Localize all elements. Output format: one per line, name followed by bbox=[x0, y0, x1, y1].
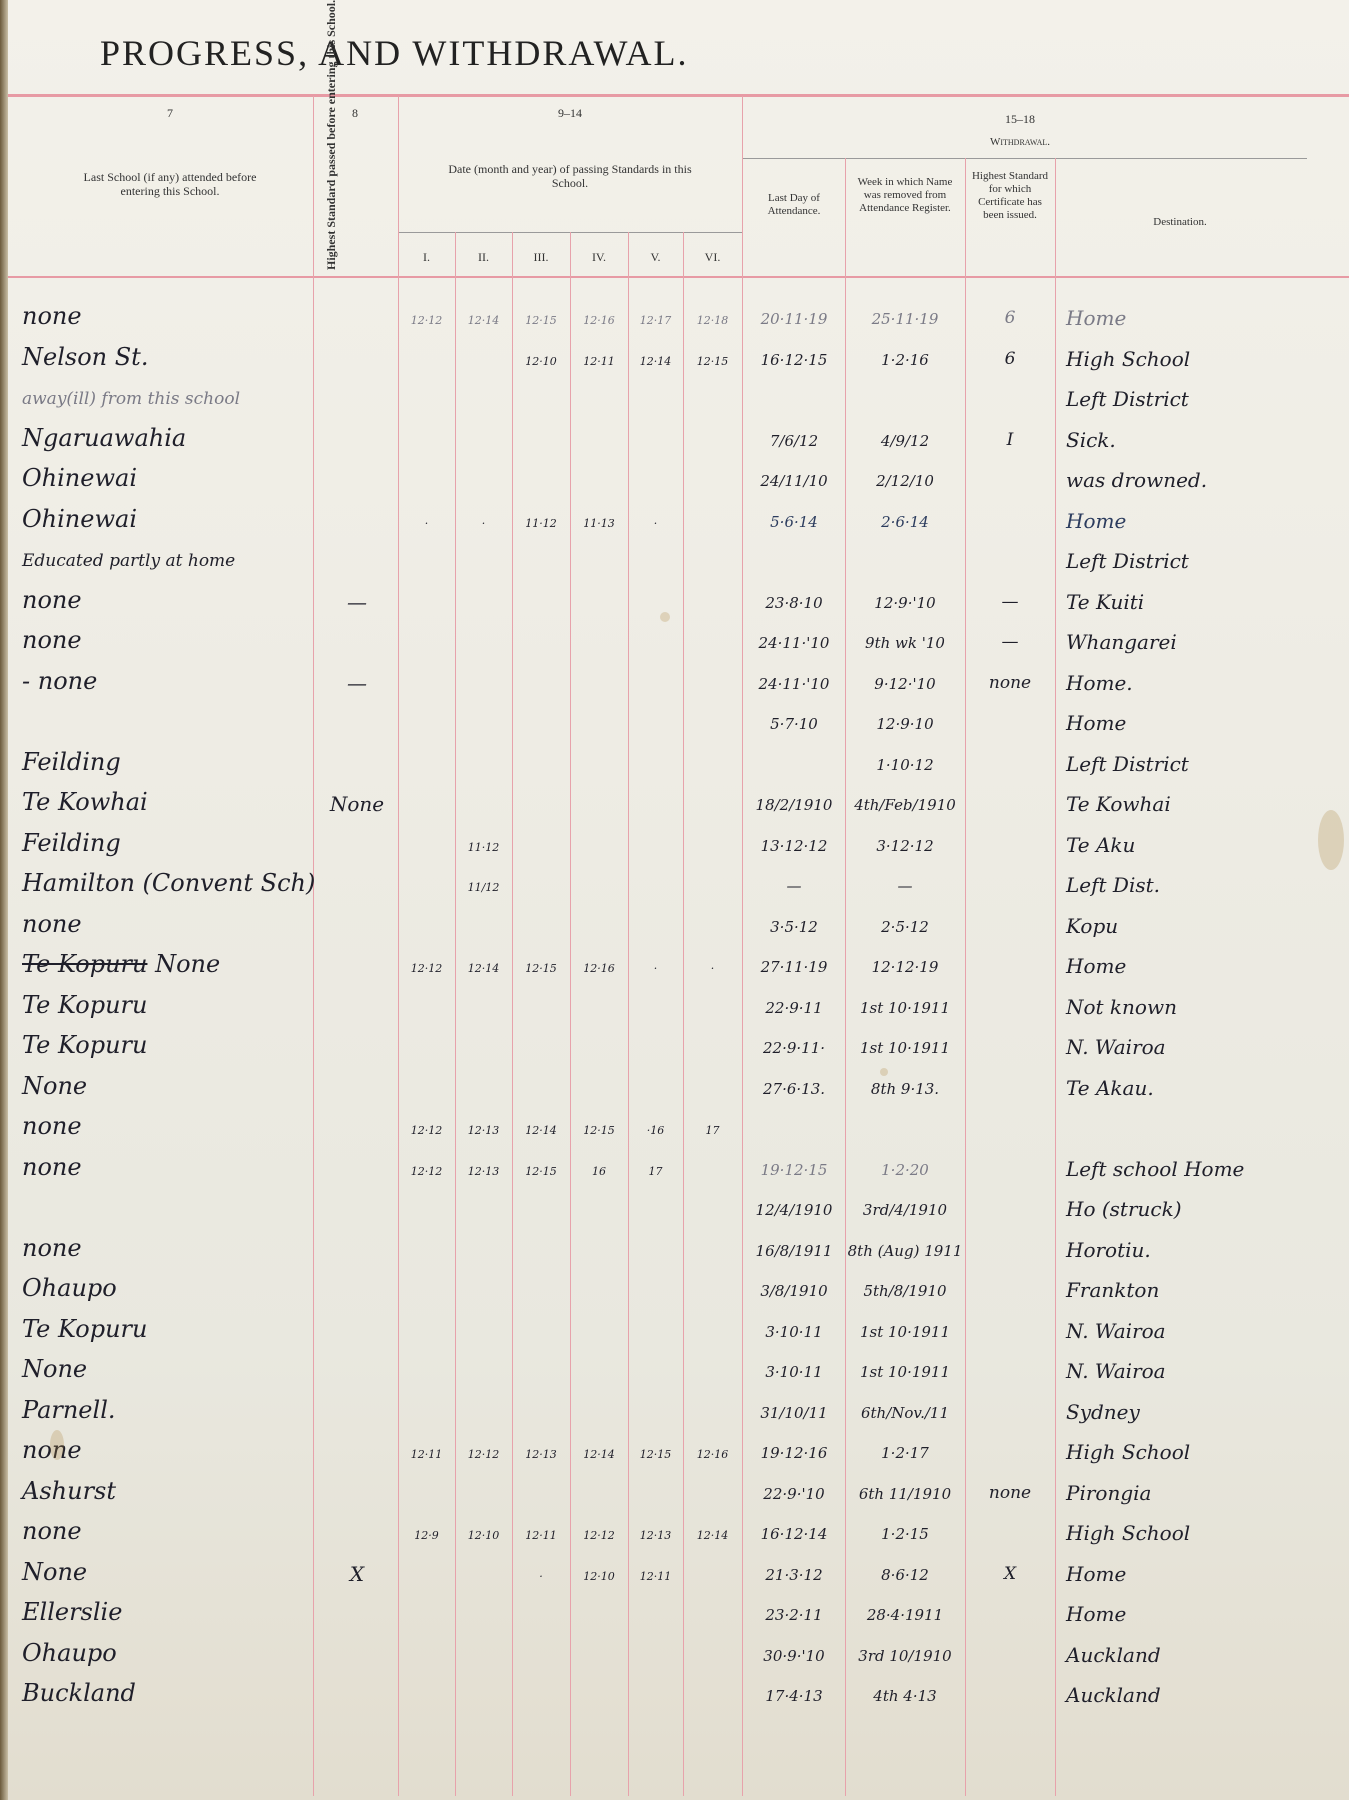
register-row: Ellerslie23·2·1128·4·1911Home bbox=[0, 1596, 1349, 1637]
page-title: PROGRESS, AND WITHDRAWAL. bbox=[100, 32, 689, 74]
week-removed: 1·2·16 bbox=[846, 351, 964, 369]
last-day-of-attendance: 27·11·19 bbox=[744, 958, 844, 976]
destination: High School bbox=[1066, 347, 1190, 371]
register-row: Feilding1·10·12Left District bbox=[0, 746, 1349, 787]
week-removed: 1·10·12 bbox=[846, 756, 964, 774]
highest-certificate: none bbox=[966, 1483, 1054, 1503]
destination: Auckland bbox=[1066, 1643, 1161, 1667]
last-school: away(ill) from this school bbox=[22, 389, 240, 409]
week-removed: — bbox=[846, 877, 964, 895]
register-row: none12·1112·1212·1312·1412·1512·1619·12·… bbox=[0, 1434, 1349, 1475]
destination: Te Akau. bbox=[1066, 1076, 1154, 1100]
last-day-of-attendance: 24/11/10 bbox=[744, 472, 844, 490]
destination-label: Destination. bbox=[1120, 216, 1240, 229]
standard-4-date: 12·16 bbox=[570, 314, 628, 327]
last-day-of-attendance: 19·12·15 bbox=[744, 1161, 844, 1179]
last-school: None bbox=[22, 1072, 87, 1100]
last-school: Nelson St. bbox=[22, 343, 148, 371]
destination: was drowned. bbox=[1066, 468, 1207, 492]
last-day-of-attendance: 16·12·15 bbox=[744, 351, 844, 369]
standard-header-3: III. bbox=[512, 250, 570, 264]
last-school: Te Kopuru bbox=[22, 991, 147, 1019]
standard-4-date: 12·11 bbox=[570, 355, 628, 368]
last-school: none bbox=[22, 626, 82, 654]
standard-5-date: 12·17 bbox=[628, 314, 683, 327]
destination: Home bbox=[1066, 711, 1126, 735]
last-day-of-attendance: 13·12·12 bbox=[744, 837, 844, 855]
last-school: Ohaupo bbox=[22, 1274, 117, 1302]
standard-4-date: 12·15 bbox=[570, 1124, 628, 1137]
last-school: none bbox=[22, 586, 82, 614]
last-day-of-attendance: 16/8/1911 bbox=[744, 1242, 844, 1260]
last-school: Ellerslie bbox=[22, 1598, 122, 1626]
prior-standard: — bbox=[318, 671, 396, 695]
last-day-of-attendance: 7/6/12 bbox=[744, 432, 844, 450]
standard-header-5: V. bbox=[628, 250, 683, 264]
top-rule bbox=[8, 94, 1349, 97]
standard-5-date: · bbox=[628, 962, 683, 975]
last-day-of-attendance: 23·8·10 bbox=[744, 594, 844, 612]
last-school: Ohaupo bbox=[22, 1639, 117, 1667]
week-removed: 1st 10·1911 bbox=[846, 1323, 964, 1341]
register-row: Te Kopuru22·9·11·1st 10·1911N. Wairoa bbox=[0, 1029, 1349, 1070]
week-removed: 3rd 10/1910 bbox=[846, 1647, 964, 1665]
week-removed: 1st 10·1911 bbox=[846, 1039, 964, 1057]
prior-standard: — bbox=[318, 590, 396, 614]
week-removed: 4th 4·13 bbox=[846, 1687, 964, 1705]
week-removed: 1st 10·1911 bbox=[846, 1363, 964, 1381]
destination: Left District bbox=[1066, 549, 1189, 573]
highest-certificate: — bbox=[966, 632, 1054, 652]
highest-certificate: none bbox=[966, 673, 1054, 693]
week-removed: 12·9·10 bbox=[846, 715, 964, 733]
standard-header-1: I. bbox=[398, 250, 455, 264]
last-school: none bbox=[22, 1153, 82, 1181]
last-day-of-attendance: 3·10·11 bbox=[744, 1323, 844, 1341]
highest-certificate: — bbox=[966, 592, 1054, 612]
register-row: Educated partly at homeLeft District bbox=[0, 543, 1349, 584]
standard-header-4: IV. bbox=[570, 250, 628, 264]
last-school: None bbox=[22, 1558, 87, 1586]
week-removed: 1·2·20 bbox=[846, 1161, 964, 1179]
standard-1-date: 12·12 bbox=[398, 314, 455, 327]
standard-1-date: 12·11 bbox=[398, 1448, 455, 1461]
week-removed: 2/12/10 bbox=[846, 472, 964, 490]
register-row: none—23·8·1012·9·'10—Te Kuiti bbox=[0, 584, 1349, 625]
prior-standard: X bbox=[318, 1562, 396, 1586]
school-name-correction: None bbox=[147, 950, 220, 978]
destination: Te Aku bbox=[1066, 833, 1135, 857]
destination: Te Kowhai bbox=[1066, 792, 1171, 816]
prior-standard: None bbox=[318, 792, 396, 816]
last-school: Parnell. bbox=[22, 1396, 116, 1424]
week-removed: 8·6·12 bbox=[846, 1566, 964, 1584]
col8-label: Highest Standard passed before entering … bbox=[325, 130, 338, 270]
register-row: None27·6·13.8th 9·13.Te Akau. bbox=[0, 1070, 1349, 1111]
col7-number: 7 bbox=[120, 106, 220, 120]
destination: Horotiu. bbox=[1066, 1238, 1151, 1262]
last-day-of-attendance: 17·4·13 bbox=[744, 1687, 844, 1705]
register-row: none3·5·122·5·12Kopu bbox=[0, 908, 1349, 949]
week-removed: 4th/Feb/1910 bbox=[846, 796, 964, 814]
standard-1-date: 12·9 bbox=[398, 1529, 455, 1542]
week-removed: 6th/Nov./11 bbox=[846, 1404, 964, 1422]
register-row: Parnell.31/10/116th/Nov./11Sydney bbox=[0, 1394, 1349, 1435]
week-removed-label: Week in which Name was removed from Atte… bbox=[848, 176, 962, 215]
register-row: Ohaupo3/8/19105th/8/1910Frankton bbox=[0, 1272, 1349, 1313]
week-removed: 28·4·1911 bbox=[846, 1606, 964, 1624]
last-day-of-attendance: — bbox=[744, 877, 844, 895]
standard-header-2: II. bbox=[455, 250, 512, 264]
register-row: Te Kopuru22·9·111st 10·1911Not known bbox=[0, 989, 1349, 1030]
standard-1-date: 12·12 bbox=[398, 1165, 455, 1178]
ink-stain bbox=[660, 612, 670, 622]
standard-2-date: 12·14 bbox=[455, 962, 512, 975]
last-school: Hamilton (Convent Sch) bbox=[22, 869, 315, 897]
register-row: none16/8/19118th (Aug) 1911Horotiu. bbox=[0, 1232, 1349, 1273]
week-removed: 2·6·14 bbox=[846, 513, 964, 531]
standard-5-date: 12·14 bbox=[628, 355, 683, 368]
standard-3-date: 12·15 bbox=[512, 962, 570, 975]
week-removed: 1·2·15 bbox=[846, 1525, 964, 1543]
destination: Left school Home bbox=[1066, 1157, 1244, 1181]
last-day-of-attendance: 22·9·'10 bbox=[744, 1485, 844, 1503]
register-row: Ohinewai24/11/102/12/10was drowned. bbox=[0, 462, 1349, 503]
standard-5-date: 12·13 bbox=[628, 1529, 683, 1542]
week-removed: 4/9/12 bbox=[846, 432, 964, 450]
destination: Home bbox=[1066, 1562, 1126, 1586]
week-removed: 12·12·19 bbox=[846, 958, 964, 976]
destination: Home bbox=[1066, 1602, 1126, 1626]
standard-1-date: 12·12 bbox=[398, 962, 455, 975]
register-page: PROGRESS, AND WITHDRAWAL. 7 Last School … bbox=[0, 0, 1349, 1800]
register-row: Feilding11·1213·12·123·12·12Te Aku bbox=[0, 827, 1349, 868]
standard-4-date: 12·16 bbox=[570, 962, 628, 975]
last-day-of-attendance: 12/4/1910 bbox=[744, 1201, 844, 1219]
standard-2-date: · bbox=[455, 517, 512, 530]
standard-2-date: 12·14 bbox=[455, 314, 512, 327]
last-school: none bbox=[22, 1234, 82, 1262]
highest-certificate: I bbox=[966, 430, 1054, 450]
standard-2-date: 12·10 bbox=[455, 1529, 512, 1542]
register-row: none12·1212·1312·15161719·12·151·2·20Lef… bbox=[0, 1151, 1349, 1192]
destination: N. Wairoa bbox=[1066, 1319, 1166, 1343]
week-removed: 12·9·'10 bbox=[846, 594, 964, 612]
register-row: Te Kopuru3·10·111st 10·1911N. Wairoa bbox=[0, 1313, 1349, 1354]
ink-stain bbox=[880, 1068, 888, 1076]
last-school: Buckland bbox=[22, 1679, 136, 1707]
week-removed: 6th 11/1910 bbox=[846, 1485, 964, 1503]
last-day-of-attendance: 22·9·11 bbox=[744, 999, 844, 1017]
destination: N. Wairoa bbox=[1066, 1359, 1166, 1383]
last-day-of-attendance: 23·2·11 bbox=[744, 1606, 844, 1624]
register-row: Ngaruawahia7/6/124/9/12ISick. bbox=[0, 422, 1349, 463]
standard-6-date: 12·15 bbox=[683, 355, 742, 368]
highest-certificate: 6 bbox=[966, 308, 1054, 328]
last-day-label: Last Day of Attendance. bbox=[748, 192, 840, 218]
standard-4-date: 11·13 bbox=[570, 517, 628, 530]
standard-3-date: 12·15 bbox=[512, 314, 570, 327]
highest-certificate: X bbox=[966, 1564, 1054, 1584]
last-school: Educated partly at home bbox=[22, 551, 235, 571]
standard-header-6: VI. bbox=[683, 250, 742, 264]
standard-6-date: 12·16 bbox=[683, 1448, 742, 1461]
col7-label: Last School (if any) attended before ent… bbox=[75, 170, 265, 198]
register-row: - none—24·11·'109·12·'10noneHome. bbox=[0, 665, 1349, 706]
withdrawal-label: Withdrawal. bbox=[960, 136, 1080, 149]
standard-4-date: 16 bbox=[570, 1165, 628, 1178]
destination: Left Dist. bbox=[1066, 873, 1160, 897]
last-day-of-attendance: 18/2/1910 bbox=[744, 796, 844, 814]
register-row: None3·10·111st 10·1911N. Wairoa bbox=[0, 1353, 1349, 1394]
last-school: Te Kopuru bbox=[22, 1315, 147, 1343]
last-school: - none bbox=[22, 667, 97, 695]
destination: Frankton bbox=[1066, 1278, 1159, 1302]
standard-4-date: 12·12 bbox=[570, 1529, 628, 1542]
destination: Home bbox=[1066, 954, 1126, 978]
last-school: Ohinewai bbox=[22, 464, 137, 492]
standard-6-date: 17 bbox=[683, 1124, 742, 1137]
register-row: Te KowhaiNone18/2/19104th/Feb/1910Te Kow… bbox=[0, 786, 1349, 827]
register-row: Hamilton (Convent Sch)11/12——Left Dist. bbox=[0, 867, 1349, 908]
week-removed: 9th wk '10 bbox=[846, 634, 964, 652]
last-school: Te Kowhai bbox=[22, 788, 148, 816]
destination: Left District bbox=[1066, 387, 1189, 411]
last-school: Te Kopuru bbox=[22, 1031, 147, 1059]
destination: Home bbox=[1066, 306, 1126, 330]
standard-2-date: 12·13 bbox=[455, 1165, 512, 1178]
last-day-of-attendance: 16·12·14 bbox=[744, 1525, 844, 1543]
last-school: Ashurst bbox=[22, 1477, 116, 1505]
week-removed: 1st 10·1911 bbox=[846, 999, 964, 1017]
destination: Auckland bbox=[1066, 1683, 1161, 1707]
destination: Ho (struck) bbox=[1066, 1197, 1182, 1221]
col9-14-label: Date (month and year) of passing Standar… bbox=[440, 162, 700, 190]
register-row: NoneX·12·1012·1121·3·128·6·12XHome bbox=[0, 1556, 1349, 1597]
standard-5-date: 12·11 bbox=[628, 1570, 683, 1583]
header-bottom-rule bbox=[8, 276, 1349, 278]
week-removed: 8th (Aug) 1911 bbox=[846, 1242, 964, 1260]
standard-3-date: · bbox=[512, 1570, 570, 1583]
destination: Whangarei bbox=[1066, 630, 1177, 654]
last-day-of-attendance: 30·9·'10 bbox=[744, 1647, 844, 1665]
standard-1-date: · bbox=[398, 517, 455, 530]
destination: Home. bbox=[1066, 671, 1133, 695]
week-removed: 5th/8/1910 bbox=[846, 1282, 964, 1300]
week-removed: 1·2·17 bbox=[846, 1444, 964, 1462]
last-day-of-attendance: 3/8/1910 bbox=[744, 1282, 844, 1300]
register-row: Buckland17·4·134th 4·13Auckland bbox=[0, 1677, 1349, 1718]
last-school: none bbox=[22, 1112, 82, 1140]
destination: Left District bbox=[1066, 752, 1189, 776]
register-row: none12·912·1012·1112·1212·1312·1416·12·1… bbox=[0, 1515, 1349, 1556]
destination: Sick. bbox=[1066, 428, 1116, 452]
standard-3-date: 12·13 bbox=[512, 1448, 570, 1461]
last-day-of-attendance: 19·12·16 bbox=[744, 1444, 844, 1462]
last-day-of-attendance: 21·3·12 bbox=[744, 1566, 844, 1584]
standard-5-date: 12·15 bbox=[628, 1448, 683, 1461]
last-school: none bbox=[22, 1517, 82, 1545]
last-school: none bbox=[22, 302, 82, 330]
standard-3-date: 12·10 bbox=[512, 355, 570, 368]
last-day-of-attendance: 5·7·10 bbox=[744, 715, 844, 733]
standard-6-date: 12·18 bbox=[683, 314, 742, 327]
register-row: none24·11·'109th wk '10—Whangarei bbox=[0, 624, 1349, 665]
last-day-of-attendance: 27·6·13. bbox=[744, 1080, 844, 1098]
register-row: Te Kopuru None12·1212·1412·1512·16··27·1… bbox=[0, 948, 1349, 989]
standard-2-date: 11/12 bbox=[455, 881, 512, 894]
standard-3-date: 11·12 bbox=[512, 517, 570, 530]
paper-stain bbox=[1318, 810, 1344, 870]
standard-6-date: · bbox=[683, 962, 742, 975]
standard-5-date: ·16 bbox=[628, 1124, 683, 1137]
week-removed: 3·12·12 bbox=[846, 837, 964, 855]
last-day-of-attendance: 31/10/11 bbox=[744, 1404, 844, 1422]
last-day-of-attendance: 24·11·'10 bbox=[744, 675, 844, 693]
last-school: Feilding bbox=[22, 748, 121, 776]
standard-2-date: 12·13 bbox=[455, 1124, 512, 1137]
destination: N. Wairoa bbox=[1066, 1035, 1166, 1059]
standard-2-date: 11·12 bbox=[455, 841, 512, 854]
last-school: Ohinewai bbox=[22, 505, 137, 533]
register-row: Ashurst22·9·'106th 11/1910nonePirongia bbox=[0, 1475, 1349, 1516]
standard-4-date: 12·10 bbox=[570, 1570, 628, 1583]
col9-14-number: 9–14 bbox=[520, 106, 620, 120]
destination: High School bbox=[1066, 1440, 1190, 1464]
register-row: none12·1212·1412·1512·1612·1712·1820·11·… bbox=[0, 300, 1349, 341]
register-row: none12·1212·1312·1412·15·1617 bbox=[0, 1110, 1349, 1151]
destination: Kopu bbox=[1066, 914, 1118, 938]
last-day-of-attendance: 22·9·11· bbox=[744, 1039, 844, 1057]
standard-3-date: 12·14 bbox=[512, 1124, 570, 1137]
last-school: None bbox=[22, 1355, 87, 1383]
destination: High School bbox=[1066, 1521, 1190, 1545]
standard-6-date: 12·14 bbox=[683, 1529, 742, 1542]
destination: Home bbox=[1066, 509, 1126, 533]
register-row: Ohinewai··11·1211·13·5·6·142·6·14Home bbox=[0, 503, 1349, 544]
standard-1-date: 12·12 bbox=[398, 1124, 455, 1137]
destination: Te Kuiti bbox=[1066, 590, 1144, 614]
destination: Not known bbox=[1066, 995, 1177, 1019]
standard-2-date: 12·12 bbox=[455, 1448, 512, 1461]
last-day-of-attendance: 3·10·11 bbox=[744, 1363, 844, 1381]
week-removed: 8th 9·13. bbox=[846, 1080, 964, 1098]
last-day-of-attendance: 20·11·19 bbox=[744, 310, 844, 328]
week-removed: 2·5·12 bbox=[846, 918, 964, 936]
struck-school-name: Te Kopuru bbox=[22, 950, 147, 978]
col15-18-number: 15–18 bbox=[980, 112, 1060, 126]
highest-cert-label: Highest Standard for which Certificate h… bbox=[968, 170, 1052, 222]
destination: Sydney bbox=[1066, 1400, 1140, 1424]
last-day-of-attendance: 24·11·'10 bbox=[744, 634, 844, 652]
week-removed: 3rd/4/1910 bbox=[846, 1201, 964, 1219]
last-school: none bbox=[22, 910, 82, 938]
standard-4-date: 12·14 bbox=[570, 1448, 628, 1461]
standard-3-date: 12·11 bbox=[512, 1529, 570, 1542]
standard-3-date: 12·15 bbox=[512, 1165, 570, 1178]
register-row: Nelson St.12·1012·1112·1412·1516·12·151·… bbox=[0, 341, 1349, 382]
register-row: Ohaupo30·9·'103rd 10/1910Auckland bbox=[0, 1637, 1349, 1678]
register-row: 5·7·1012·9·10Home bbox=[0, 705, 1349, 746]
withdrawal-subheader-rule bbox=[742, 158, 1307, 159]
register-row: 12/4/19103rd/4/1910Ho (struck) bbox=[0, 1191, 1349, 1232]
last-school: Feilding bbox=[22, 829, 121, 857]
standard-5-date: 17 bbox=[628, 1165, 683, 1178]
last-day-of-attendance: 5·6·14 bbox=[744, 513, 844, 531]
paper-stain bbox=[50, 1430, 64, 1460]
highest-certificate: 6 bbox=[966, 349, 1054, 369]
standard-5-date: · bbox=[628, 517, 683, 530]
register-row: away(ill) from this schoolLeft District bbox=[0, 381, 1349, 422]
destination: Pirongia bbox=[1066, 1481, 1151, 1505]
last-school: Ngaruawahia bbox=[22, 424, 186, 452]
last-school: Te Kopuru None bbox=[22, 950, 220, 978]
week-removed: 25·11·19 bbox=[846, 310, 964, 328]
week-removed: 9·12·'10 bbox=[846, 675, 964, 693]
last-day-of-attendance: 3·5·12 bbox=[744, 918, 844, 936]
